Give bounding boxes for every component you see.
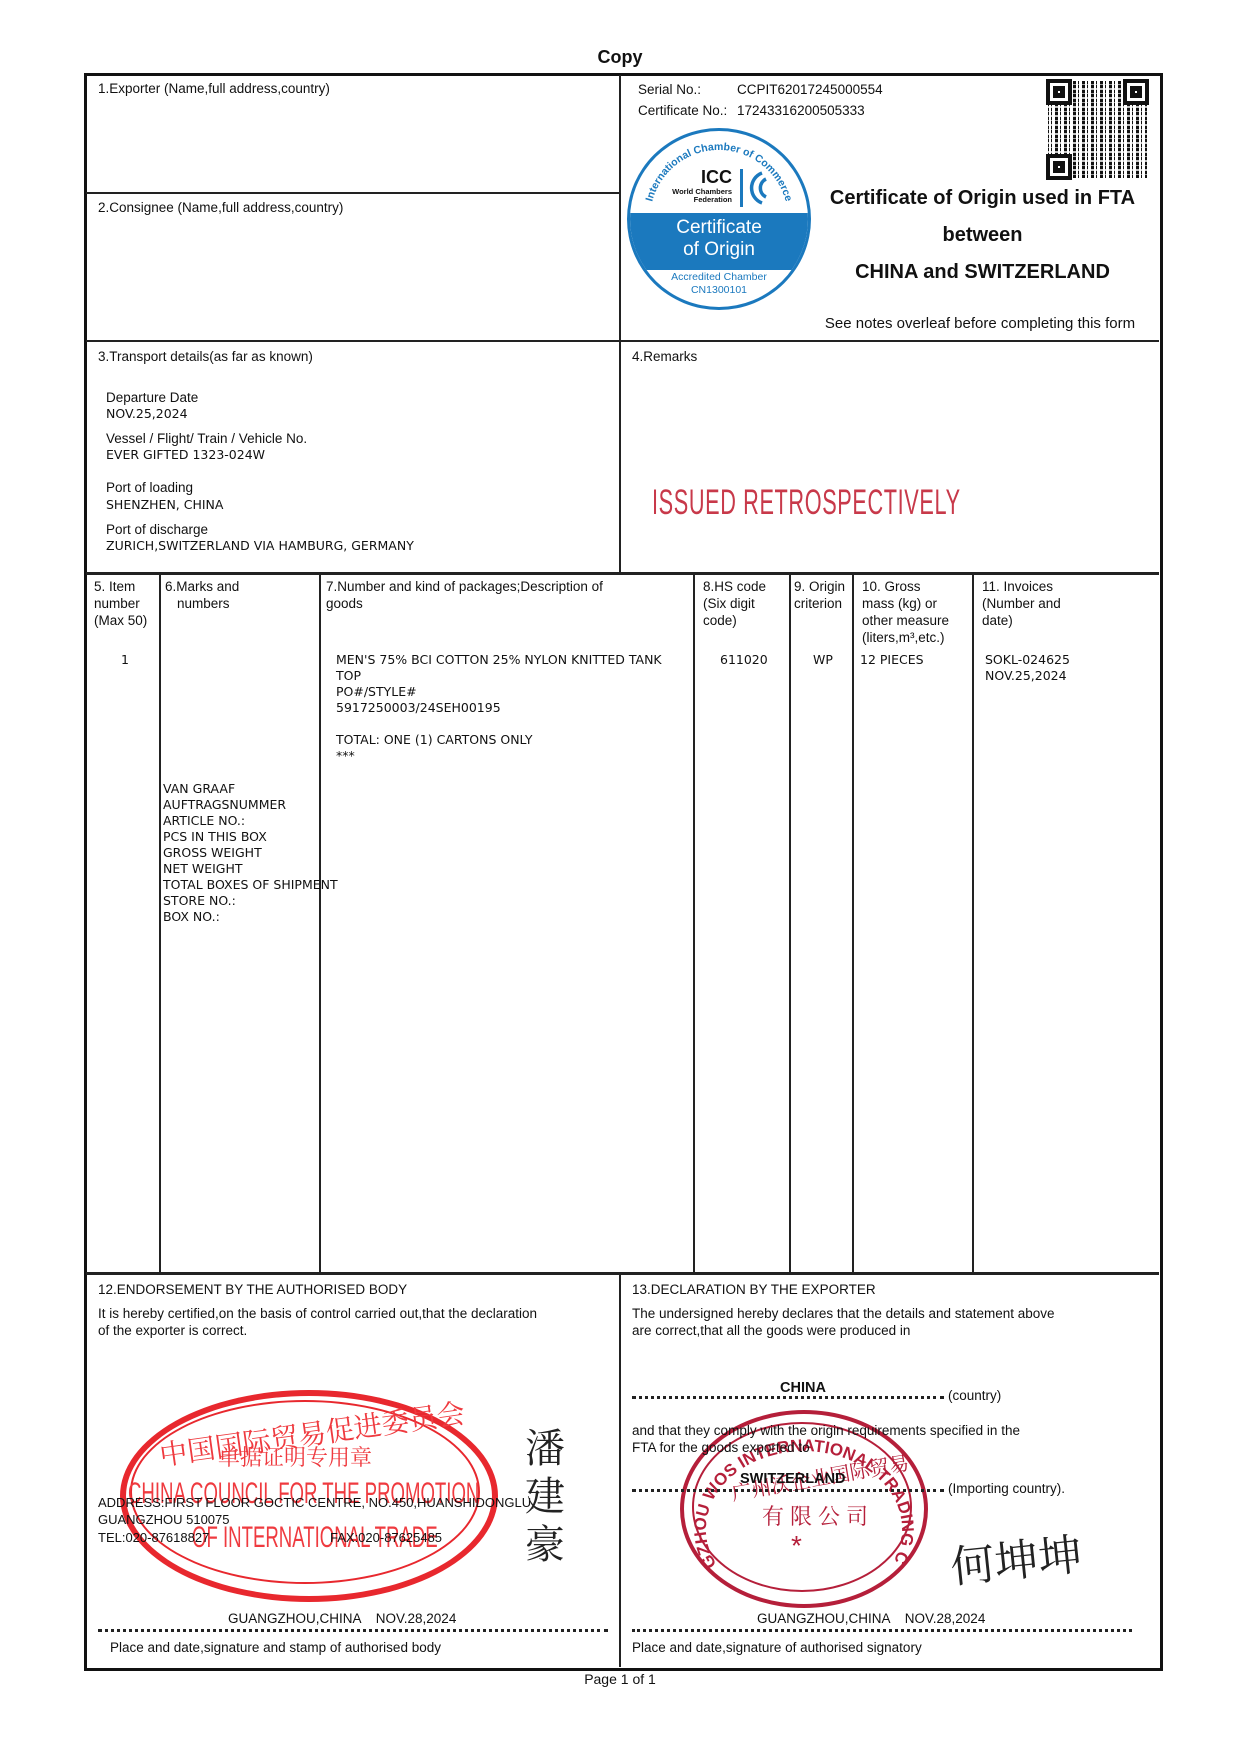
vessel-value: EVER GIFTED 1323-024W bbox=[106, 447, 265, 463]
marks-line: PCS IN THIS BOX bbox=[163, 829, 338, 845]
certificate-title-line1: Certificate of Origin used in FTA bbox=[810, 187, 1155, 210]
declaration-text-line4: FTA for the goods exported to bbox=[632, 1439, 810, 1456]
col-divider-5 bbox=[852, 574, 854, 1272]
importing-suffix: (Importing country). bbox=[948, 1480, 1065, 1497]
declaration-text-line2: are correct,that all the goods were prod… bbox=[632, 1322, 910, 1339]
loading-label: Port of loading bbox=[106, 479, 193, 496]
marks-line: STORE NO.: bbox=[163, 893, 338, 909]
description-line: *** bbox=[336, 748, 662, 764]
marks-line: TOTAL BOXES OF SHIPMENT bbox=[163, 877, 338, 893]
declaration-text-line3: and that they comply with the origin req… bbox=[632, 1422, 1020, 1439]
description-line: MEN'S 75% BCI COTTON 25% NYLON KNITTED T… bbox=[336, 652, 662, 668]
band-line2: of Origin bbox=[630, 239, 808, 261]
endorsement-text-line1: It is hereby certified,on the basis of c… bbox=[98, 1305, 537, 1322]
accredited-code: CN1300101 bbox=[630, 284, 808, 297]
ccpit-fax: FAX:020-87625485 bbox=[330, 1529, 442, 1546]
header-description: 7.Number and kind of packages;Descriptio… bbox=[326, 578, 603, 612]
description-line: PO#/STYLE# bbox=[336, 684, 662, 700]
row-invoice-number: SOKL-024625 bbox=[985, 652, 1070, 668]
icc-wave-icon bbox=[740, 167, 770, 209]
band-line1: Certificate bbox=[630, 217, 808, 239]
declaration-text-line1: The undersigned hereby declares that the… bbox=[632, 1305, 1055, 1322]
row-marks: VAN GRAAFAUFTRAGSNUMMERARTICLE NO.:PCS I… bbox=[163, 781, 338, 925]
marks-line: VAN GRAAF bbox=[163, 781, 338, 797]
departure-value: NOV.25,2024 bbox=[106, 406, 188, 422]
row-description: MEN'S 75% BCI COTTON 25% NYLON KNITTED T… bbox=[336, 652, 662, 764]
endorsement-footer: Place and date,signature and stamp of au… bbox=[110, 1639, 441, 1656]
header-gross-mass: 10. Grossmass (kg) orother measure(liter… bbox=[862, 578, 949, 646]
exporter-signature: 何坤坤 bbox=[947, 1518, 1085, 1595]
accredited-label: Accredited Chamber bbox=[630, 271, 808, 284]
marks-line: BOX NO.: bbox=[163, 909, 338, 925]
importing-country: SWITZERLAND bbox=[740, 1471, 846, 1487]
header-invoices: 11. Invoices(Number anddate) bbox=[982, 578, 1061, 629]
col-divider-3 bbox=[693, 574, 695, 1272]
remarks-label: 4.Remarks bbox=[632, 348, 697, 365]
icc-accredited: Accredited Chamber CN1300101 bbox=[630, 271, 808, 297]
country-suffix: (country) bbox=[948, 1387, 1001, 1404]
description-line bbox=[336, 716, 662, 732]
serial-value: CCPIT62017245000554 bbox=[737, 81, 883, 98]
origin-country: CHINA bbox=[780, 1380, 826, 1396]
ccpit-tel: TEL:020-87618827 bbox=[98, 1529, 209, 1546]
header-hs-code: 8.HS code(Six digitcode) bbox=[703, 578, 766, 629]
icc-accreditation-badge: International Chamber of Commerce ICC Wo… bbox=[627, 128, 811, 310]
ccpit-stamp-cn-mid: 单据证明专用章 bbox=[218, 1441, 372, 1472]
country-line bbox=[632, 1396, 944, 1399]
endorsement-place-date: GUANGZHOU,CHINA NOV.28,2024 bbox=[228, 1610, 456, 1627]
row-gross-mass: 12 PIECES bbox=[860, 652, 924, 668]
description-line: TOP bbox=[336, 668, 662, 684]
divider-vertical-top bbox=[619, 75, 621, 573]
departure-label: Departure Date bbox=[106, 389, 198, 406]
divider-vertical-bottom bbox=[619, 1274, 621, 1667]
notes-instruction: See notes overleaf before completing thi… bbox=[810, 315, 1150, 332]
page-number: Page 1 of 1 bbox=[0, 1671, 1240, 1687]
divider-goods-table bbox=[86, 572, 1159, 575]
endorsement-signature: 潘建豪 bbox=[525, 1425, 575, 1569]
description-line: 5917250003/24SEH00195 bbox=[336, 700, 662, 716]
header-item-number: 5. Itemnumber(Max 50) bbox=[94, 578, 147, 629]
marks-line: GROSS WEIGHT bbox=[163, 845, 338, 861]
certificate-no-value: 17243316200505333 bbox=[737, 102, 865, 119]
header-origin-criterion: 9. Origincriterion bbox=[794, 578, 845, 612]
divider-exporter-consignee bbox=[86, 192, 620, 194]
declaration-footer: Place and date,signature of authorised s… bbox=[632, 1639, 922, 1656]
declaration-signature-line bbox=[632, 1629, 1132, 1632]
col-divider-1 bbox=[159, 574, 161, 1272]
exporter-label: 1.Exporter (Name,full address,country) bbox=[98, 80, 330, 97]
discharge-label: Port of discharge bbox=[106, 521, 208, 538]
consignee-label: 2.Consignee (Name,full address,country) bbox=[98, 199, 343, 216]
qr-code-icon bbox=[1046, 79, 1149, 180]
icc-wordmark: ICC bbox=[666, 167, 732, 188]
discharge-value: ZURICH,SWITZERLAND VIA HAMBURG, GERMANY bbox=[106, 538, 414, 554]
header-marks: 6.Marks andnumbers bbox=[165, 578, 239, 612]
transport-label: 3.Transport details(as far as known) bbox=[98, 348, 313, 365]
company-stamp-cn-line2: 有限公司 bbox=[762, 1500, 874, 1531]
marks-line: ARTICLE NO.: bbox=[163, 813, 338, 829]
row-item-number: 1 bbox=[121, 652, 129, 668]
loading-value: SHENZHEN, CHINA bbox=[106, 497, 223, 513]
ccpit-address-line2: GUANGZHOU 510075 bbox=[98, 1511, 230, 1528]
endorsement-signature-line bbox=[98, 1629, 608, 1632]
marks-line: AUFTRAGSNUMMER bbox=[163, 797, 338, 813]
col-divider-6 bbox=[972, 574, 974, 1272]
company-stamp-star-icon: * bbox=[791, 1530, 802, 1562]
wcf-line2: Federation bbox=[666, 196, 732, 204]
copy-label: Copy bbox=[0, 47, 1240, 68]
description-line: TOTAL: ONE (1) CARTONS ONLY bbox=[336, 732, 662, 748]
row-invoice-date: NOV.25,2024 bbox=[985, 668, 1067, 684]
declaration-label: 13.DECLARATION BY THE EXPORTER bbox=[632, 1281, 876, 1298]
marks-line: NET WEIGHT bbox=[163, 861, 338, 877]
row-hs-code: 611020 bbox=[720, 652, 768, 668]
issued-retrospectively-stamp: ISSUED RETROSPECTIVELY bbox=[652, 483, 961, 523]
divider-declarations bbox=[86, 1272, 1159, 1275]
endorsement-text-line2: of the exporter is correct. bbox=[98, 1322, 247, 1339]
divider-transport bbox=[86, 340, 1159, 342]
declaration-place-date: GUANGZHOU,CHINA NOV.28,2024 bbox=[757, 1610, 985, 1627]
certificate-title-line3: CHINA and SWITZERLAND bbox=[810, 261, 1155, 284]
certificate-no-label: Certificate No.: bbox=[638, 102, 727, 119]
certificate-title-line2: between bbox=[810, 224, 1155, 247]
ccpit-address-line1: ADDRESS:FIRST FLOOR GOCTIC CENTRE, NO.45… bbox=[98, 1494, 535, 1511]
serial-label: Serial No.: bbox=[638, 81, 701, 98]
vessel-label: Vessel / Flight/ Train / Vehicle No. bbox=[106, 430, 307, 447]
icc-band: Certificate of Origin bbox=[630, 213, 808, 270]
row-origin-criterion: WP bbox=[813, 652, 833, 668]
col-divider-4 bbox=[789, 574, 791, 1272]
endorsement-label: 12.ENDORSEMENT BY THE AUTHORISED BODY bbox=[98, 1281, 407, 1298]
importing-country-line bbox=[632, 1489, 944, 1492]
